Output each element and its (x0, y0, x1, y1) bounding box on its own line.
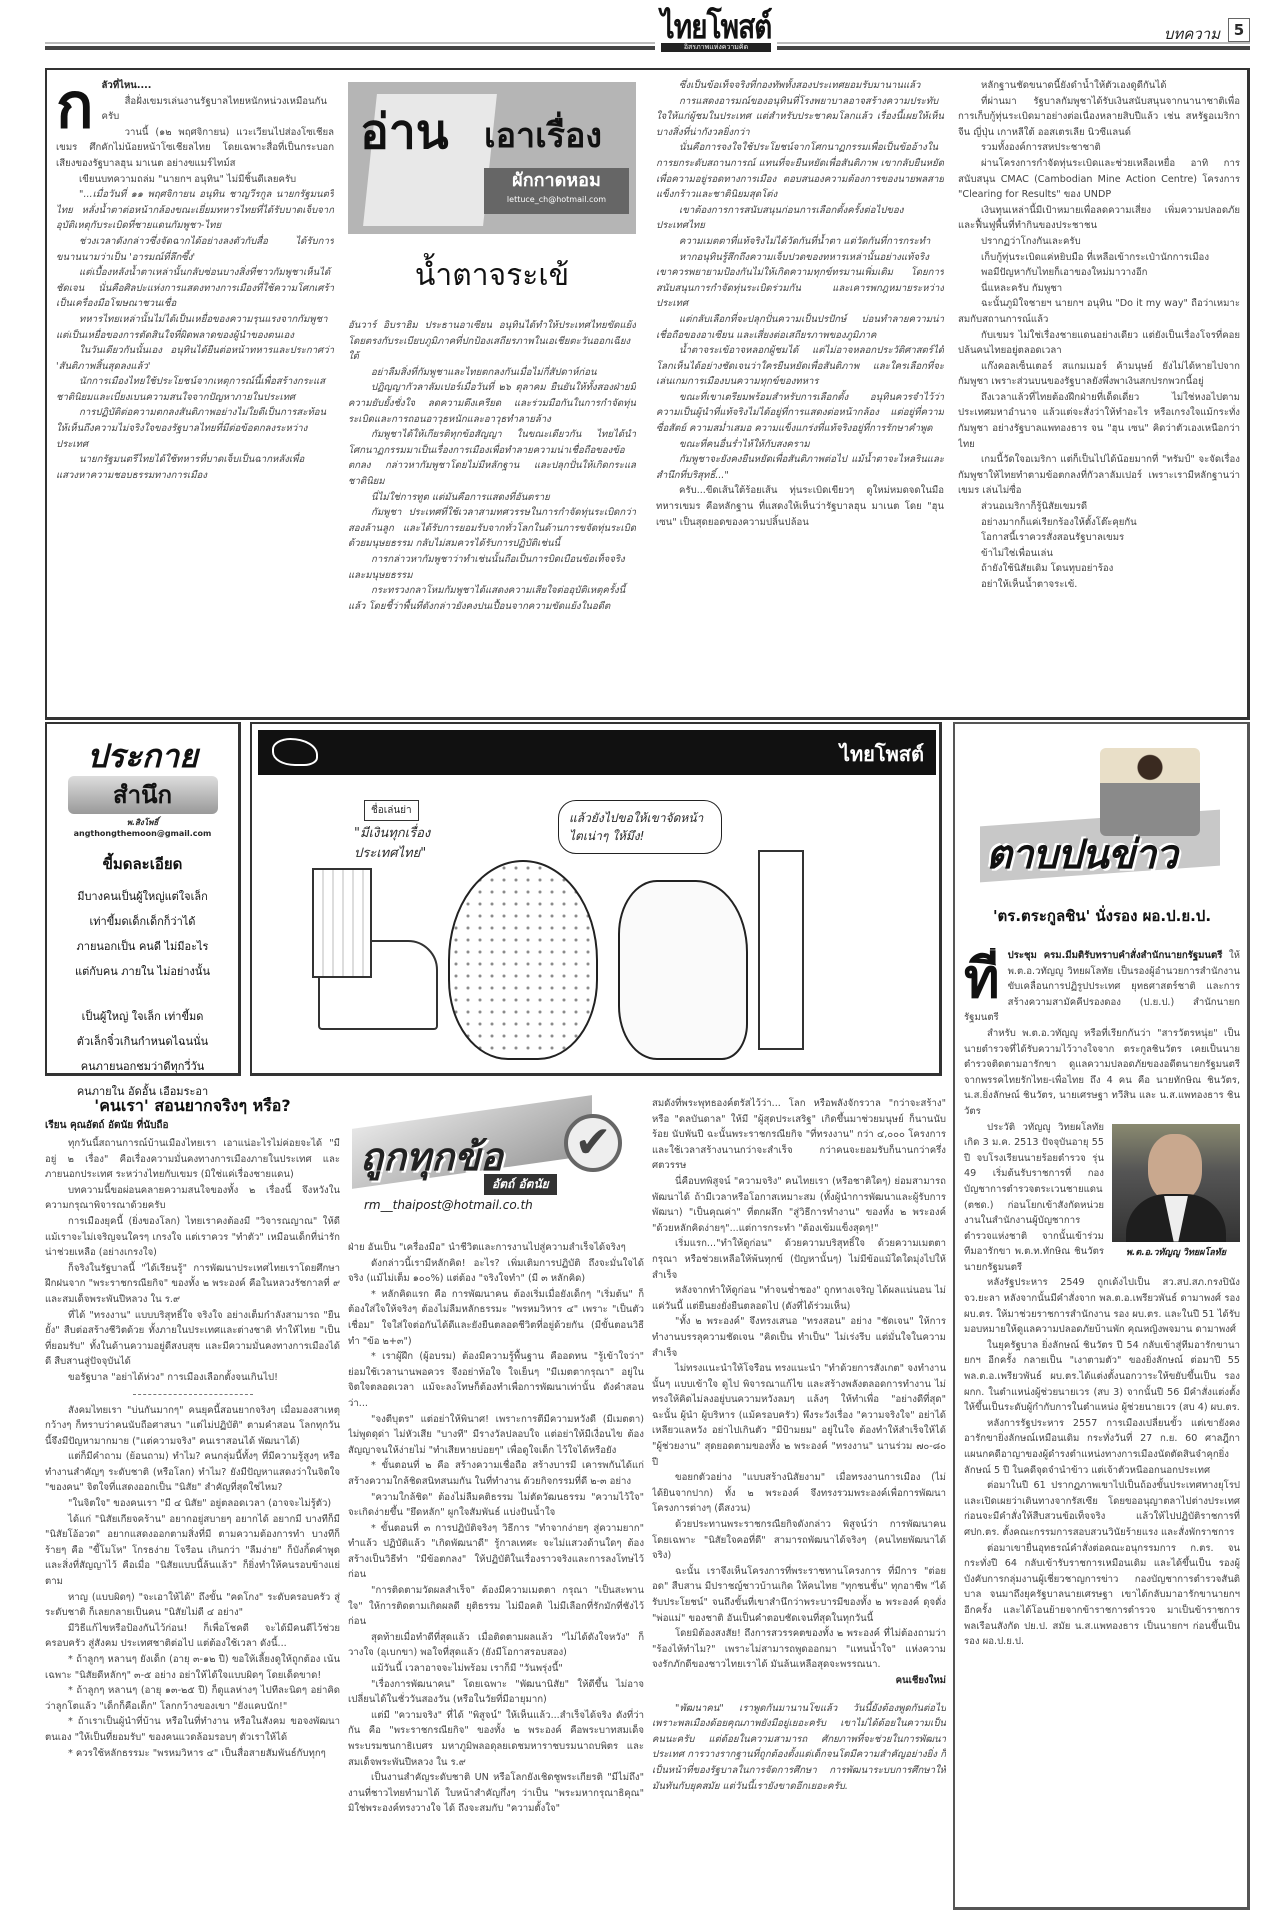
paragraph: นั่นคือการจงใจใช้ประโยชน์จากโศกนาฏกรรมเพ… (656, 140, 944, 202)
poem-heading: ขี้มดละเอียด (47, 852, 238, 876)
news-headline: 'ตร.ตระกูลชิน' นั่งรอง ผอ.ป.ย.ป. (964, 904, 1240, 928)
paragraph: กัมพูชา ประเทศที่ใช้เวลาสามทศวรรษในการกำ… (348, 505, 636, 552)
paragraph: หลักฐานชัดขนาดนี้ยังดำน้ำให้ตัวเองดูดีกั… (958, 78, 1240, 94)
paragraph: ขอยกตัวอย่าง "แบบสร้างนิสัยงาม" เมื่อทรง… (652, 1470, 946, 1517)
letter-salutation: เรียน คุณอัตถ์ อัตนัย ที่นับถือ (45, 1118, 168, 1133)
author-email: lettuce_ch@hotmail.com (484, 194, 629, 206)
closing-paragraph: "พัฒนาคน" เราพูดกันมานานโขแล้ว วันนี้ยัง… (652, 1701, 946, 1795)
news-banner-title: ตาบปนข่าว (986, 822, 1177, 886)
paragraph: แต่ก็มีคำถาม (ย้อนถาม) ทำไม? คนกลุ่มนี้ท… (45, 1449, 340, 1496)
lead-text: ลัวที่ไหน.... (56, 78, 334, 94)
paragraph: หาญ (แบบผิดๆ) "จะเอาให้ได้" ถึงขั้น "คดโ… (45, 1590, 340, 1621)
qa-banner: ถูกทุกข้อ ✔ อัตถ์ อัตนัย rm__thaipost@ho… (348, 1092, 644, 1222)
banner-title-small: เอาเรื่อง (484, 116, 602, 156)
paragraph: ปรากฏว่าโกงกันเละครับ (958, 234, 1240, 250)
paragraph: เขียนบทความถล่ม "นายกฯ อนุทิน" ไม่มีชิ้น… (56, 172, 334, 188)
woman-character-drawing (448, 860, 598, 1060)
door-drawing (758, 850, 804, 1050)
paragraph: การปฏิบัติต่อความตกลงสันติภาพอย่างไม่ใยด… (56, 405, 334, 452)
paragraph: ด้วยประทานพระราชกรณียกิจดังกล่าว พิสูจน์… (652, 1517, 946, 1564)
paragraph: ทุกวันนี้สถานการณ์บ้านเมืองไทยเรา เอาแน่… (45, 1136, 340, 1183)
paragraph: ให้ พ.ต.อ.วทัญญู วิทยผโลทัย เป็นรองผู้อำ… (964, 950, 1240, 1023)
paragraph: หลังการรัฐประหาร 2557 การเมืองเปลี่ยนขั้… (964, 1416, 1240, 1478)
poem-email: angthongthemoon@gmail.com (47, 829, 238, 838)
paragraph: อย่างมากก็แค่เรียกร้องให้ตั้งโต๊ะคุยกัน (958, 515, 1240, 531)
paragraph: แต่มี "ความจริง" ที่ได้ "พิสูจน์" ให้เห็… (348, 1708, 644, 1770)
paragraph: ในวันเดียวกันนั้นเอง อนุทินได้ยืนต่อหน้า… (56, 343, 334, 374)
paragraph: การเมืองยุคนี้ (ยิ่งของโลก) ไทยเราคงต้อง… (45, 1214, 340, 1261)
paragraph: สุดท้ายเมื่อทำดีที่สุดแล้ว เมื่อติดตามผล… (348, 1630, 644, 1661)
paragraph: รวมทั้งองค์การสหประชาชาติ (958, 140, 1240, 156)
cartoon-sign: ชื่อเล่นย่า (364, 800, 419, 821)
poem-line: มีบางคนเป็นผู้ใหญ่แต่ใจเล็ก (47, 884, 238, 909)
qa-email: rm__thaipost@hotmail.co.th (364, 1198, 533, 1212)
cartoon-illustration: ชื่อเล่นย่า "มีเงินทุกเรื่อง ประเทศไทย" … (258, 780, 936, 1070)
header-rule (45, 46, 1250, 50)
paragraph: ขณะที่คนอื่นร่ำไห้ให้กับสงคราม (656, 437, 944, 453)
paragraph: * ขั้นตอนที่ ๒ คือ สร้างความเชื่อถือ สร้… (348, 1458, 644, 1489)
paragraph: สังคมไทยเรา "บ่นกันมากๆ" คนยุคนี้สอนยากจ… (45, 1403, 340, 1450)
paragraph: "ทั้ง ๒ พระองค์" จึงทรงเสนอ "ทรงสอน" อย่… (652, 1314, 946, 1361)
paragraph: เก็บกู้ทุ่นระเบิดแค่หยิบมือ ที่เหลือเข้า… (958, 250, 1240, 266)
paragraph: ส่วนอเมริกาก็รู้นิสัยเขมรดี (958, 499, 1240, 515)
paragraph: ซึ่งเป็นข้อเท็จจริงที่กองทัพทั้งสองประเท… (656, 78, 944, 94)
paragraph: "เรื่องการพัฒนาคน" โดยเฉพาะ "พัฒนานิสัย"… (348, 1677, 644, 1708)
paragraph: * หลักคิดแรก คือ การพัฒนาคน ต้องเริ่มเมื… (348, 1287, 644, 1349)
letter-signature: คนเชียงใหม่ (652, 1673, 946, 1689)
paragraph: * ควรใช้หลักธรรมะ "พรหมวิหาร ๔" เป็นสื่อ… (45, 1746, 340, 1762)
paragraph: ฉะนั้น เราจึงเห็นโครงการที่พระราชทานโครง… (652, 1564, 946, 1626)
paragraph: อย่าลืมสิ่งที่กัมพูชาและไทยตกลงกันเมื่อไ… (348, 365, 636, 381)
paragraph: แก๊งคอลเซ็นเตอร์ สแกมเมอร์ ค้ามนุษย์ ยัง… (958, 359, 1240, 390)
paragraph: สมดังที่พระพุทธองค์ตรัสไว้ว่า... โลก หรื… (652, 1096, 946, 1174)
paragraph: ในยุครัฐบาล ยิ่งลักษณ์ ชินวัตร ปี 54 กลั… (964, 1338, 1240, 1416)
paragraph: บทความนี้ขอผ่อนคลายความสนใจของทั้ง ๒ เรื… (45, 1183, 340, 1214)
banner-title-big: อ่าน (360, 102, 449, 162)
paragraph: เงินทุนเหล่านี้มีเป้าหมายเพื่อลดความเสี่… (958, 203, 1240, 234)
scroll-banner: สำนึก (68, 776, 218, 814)
news-intro: ประชุม ครม.มีมติรับทราบคำสั่งสำนักนายกรั… (1008, 950, 1223, 961)
paragraph: ถึงเวลาแล้วที่ไทยต้องฝึกฝ่ายที่เด็ดเดี่ย… (958, 390, 1240, 452)
paragraph: ไม่ทรงแนะนำให้โจรือน ทรงแนะนำ "ทำด้วยการ… (652, 1361, 946, 1470)
paragraph: กระทรวงกลาโหมกัมพูชาได้แสดงความเสียใจต่อ… (348, 583, 636, 614)
poem-line: คนภายนอกชมว่าดีทุกวี่วัน (47, 1054, 238, 1079)
paragraph: โดยมิต้องสงสัย! ถึงการสวรรคตของทั้ง ๒ พร… (652, 1626, 946, 1673)
paragraph: เกมนี้วัดใจอเมริกา แต่ก็เป็นไปได้น้อยมาก… (958, 452, 1240, 499)
paragraph: หลังจากทำให้ดูก่อน "ทำจนช่ำชอง" ถูกทางเจ… (652, 1283, 946, 1314)
paragraph: เริ่มแรก..."ทำให้ดูก่อน" ด้วยความบริสุทธ… (652, 1236, 946, 1283)
paragraph: การแสดงอารมณ์ของอนุทินที่โรงพยาบาลอาจสร้… (656, 94, 944, 141)
column-banner: อ่าน เอาเรื่อง ผักกาดหอม lettuce_ch@hotm… (348, 82, 636, 234)
paragraph: นายกรัฐมนตรีไทยได้ใช้ทหารที่บาดเจ็บเป็นฉ… (56, 452, 334, 483)
column-2: น้ำตาจระเข้ อันวาร์ อิบราฮิม ประธานอาเซี… (348, 248, 636, 710)
page-number: 5 (1228, 18, 1250, 42)
paragraph: ขณะที่เขาเตรียมพร้อมสำหรับการเลือกตั้ง อ… (656, 390, 944, 437)
section-divider (133, 1394, 253, 1395)
paragraph: "จงตีบุตร" แต่อย่าให้พินาศ! เพราะการตีมี… (348, 1412, 644, 1459)
paragraph: ที่ผ่านมา รัฐบาลกัมพูชาได้รับเงินสนับสนุ… (958, 94, 1240, 141)
cartoon-header-bar: ไทยโพสต์ (258, 730, 936, 775)
poem-subtitle: สำนึก (68, 776, 218, 814)
paragraph: "ในจิตใจ" ของคนเรา "มี ๔ นิสัย" อยู่ตลอด… (45, 1496, 340, 1512)
paragraph: อย่าให้เห็นน้ำตาจระเข้. (958, 577, 1240, 593)
paragraph: ดังกล่าวนี้เรามีหลักคิด! อะไร? เพิ่มเติม… (348, 1256, 644, 1287)
paragraph: ฝ่าย อันเป็น "เครื่องมือ" นำชีวิตและการง… (348, 1240, 644, 1256)
paragraph: นี่คือบทพิสูจน์ "ความจริง" คนไทยเรา (หรื… (652, 1174, 946, 1236)
paragraph: การกล่าวหากัมพูชาว่าทำเช่นนั้นถือเป็นการ… (348, 552, 636, 583)
cartoon-caption: "มีเงินทุกเรื่อง ประเทศไทย" (354, 824, 474, 864)
letter-column-3: สมดังที่พระพุทธองค์ตรัสไว้ว่า... โลก หรื… (652, 1096, 946, 1916)
paragraph: โอกาสนี้เราควรสั่งสอนรัฐบาลเขมร (958, 530, 1240, 546)
check-icon: ✔ (564, 1114, 622, 1172)
paragraph: แต่เบื้องหลังน้ำตาเหล่านั้นกลับซ่อนบางสิ… (56, 265, 334, 312)
cartoon-brand: ไทยโพสต์ (840, 738, 924, 770)
poem-line: ตัวเล็กจิ๋วเกินกำหนดไฉนนั่น (47, 1029, 238, 1054)
news-body: ที่ ประชุม ครม.มีมติรับทราบคำสั่งสำนักนา… (964, 948, 1240, 1904)
paragraph: นี่ไม่ใช่การทูต แต่มันคือการแสดงที่อันตร… (348, 490, 636, 506)
paragraph: * ถ้าเราเป็นผู้นำที่บ้าน หรือในที่ทำงาน … (45, 1714, 340, 1745)
paragraph: ได้แก่ "นิสัยเกียจคร้าน" อยากอยู่สบายๆ อ… (45, 1512, 340, 1590)
paragraph: นักการเมืองไทยใช้ประโยชน์จากเหตุการณ์นี้… (56, 374, 334, 405)
header-rule-light (45, 42, 1250, 44)
person-photo (1112, 1124, 1240, 1242)
poem-line: เป็นผู้ใหญ่ ใจเล็ก เท่าขี้มด (47, 1004, 238, 1029)
newspaper-logo: ไทยโพสต์ อิสรภาพแห่งความคิด (655, 12, 777, 56)
poem-box: ประกาย สำนึก พ.สิงโพธิ์ angthongthemoon@… (45, 722, 241, 1076)
paragraph: * เราผู้ฝึก (ผู้อบรม) ต้องมีความรู้พื้นฐ… (348, 1349, 644, 1411)
paragraph: ครับ...ขีดเส้นใต้ร้อยเส้น ทุ่นระเบิดเขีย… (656, 483, 944, 530)
cartoonist-mascot-icon (272, 738, 318, 766)
news-drop-cap: ที่ (964, 948, 1000, 1010)
letter-column-1: ทุกวันนี้สถานการณ์บ้านเมืองไทยเรา เอาแน่… (45, 1136, 340, 1916)
paragraph: แต่กลับเลือกที่จะปลุกปั่นความเป็นปรปักษ์… (656, 312, 944, 343)
poem-author: พ.สิงโพธิ์ (47, 816, 238, 829)
paragraph: เป็นงานสำคัญระดับชาติ UN หรือโลกยังเชิดช… (348, 1770, 644, 1817)
paragraph: * ถ้าลูกๆ หลานๆ (อายุ ๑๓-๒๕ ปี) ก็ดูแลห่… (45, 1683, 340, 1714)
author-strip: ผักกาดหอม lettuce_ch@hotmail.com (484, 168, 629, 214)
masthead: ไทยโพสต์ อิสรภาพแห่งความคิด บทความ 5 (45, 0, 1250, 56)
paragraph: พอมีปัญหากับไทยก็เอาของใหม่มาวางอีก (958, 265, 1240, 281)
column-1: ก ลัวที่ไหน.... สื่อฝั่งเขมรเล่นงานรัฐบา… (56, 78, 334, 710)
letter-column-2: ฝ่าย อันเป็น "เครื่องมือ" นำชีวิตและการง… (348, 1240, 644, 1916)
paragraph: ความเมตตาที่แท้จริงไม่ได้วัดกันที่น้ำตา … (656, 234, 944, 250)
face (1148, 1134, 1202, 1202)
paragraph: ที่ได้ "ทรงงาน" แบบบริสุทธิ์ใจ จริงใจ อย… (45, 1308, 340, 1370)
poem-stanza-1: มีบางคนเป็นผู้ใหญ่แต่ใจเล็ก เท่าขี้มดเด็… (47, 884, 238, 984)
paragraph: "การติดตามวัดผลสำเร็จ" ต้องมีความเมตตา ก… (348, 1583, 644, 1630)
paragraph: ข้าไม่ใช่เพื่อนเล่น (958, 546, 1240, 562)
paragraph: อันวาร์ อิบราฮิม ประธานอาเซียน อนุทินได้… (348, 318, 636, 365)
paragraph: มีวิธีแก้ไขหรือป้องกันไว้ก่อน! ก็เพื่อโช… (45, 1621, 340, 1652)
paragraph: ถ้ายังใช้นิสัยเดิม โดนทุบอย่าร้อง (958, 561, 1240, 577)
column-3: ซึ่งเป็นข้อเท็จจริงที่กองทัพทั้งสองประเท… (656, 78, 944, 710)
speech-bubble: แล้วยังไปขอให้เขาจัดหน้าไตเน่าๆ ให้มึง! (558, 800, 722, 854)
article-headline: น้ำตาจระเข้ (348, 248, 636, 304)
paragraph: แม้วันนี้ เวลาอาจจะไม่พร้อม เราก็มี "วัน… (348, 1661, 644, 1677)
paragraph: สำหรับ พ.ต.อ.วทัญญู หรือที่เรียกกันว่า "… (964, 1026, 1240, 1120)
author-name: ผักกาดหอม (484, 168, 629, 194)
section-label: บทความ (1164, 22, 1220, 46)
poem-line: แต่กับคน ภายใน ไม่อย่างนั้น (47, 959, 238, 984)
letter-headline: 'คนเรา' สอนยากจริงๆ หรือ? (45, 1094, 340, 1119)
photo-caption: พ.ต.อ.วทัญญู วิทยผโลทัย (1112, 1246, 1240, 1262)
paragraph: น้ำตาจระเข้อาจหลอกผู้ชมได้ แต่ไม่อาจหลอก… (656, 343, 944, 390)
paragraph: ต่อมาในปี 61 ปรากฏภาพเขาไปเป็นถ้องขั้นปร… (964, 1478, 1240, 1540)
paragraph: * ขั้นตอนที่ ๓ การปฏิบัติจริงๆ วิธีการ "… (348, 1521, 644, 1583)
poem-line: ภายนอกเป็น คนดี ไม่มีอะไร (47, 934, 238, 959)
poem-line: เท่าขี้มดเด็กเด็กก็ว่าได้ (47, 909, 238, 934)
paragraph: ก็จริงในรัฐบาลนี้ "ได้เรียนรู้" การพัฒนา… (45, 1261, 340, 1308)
paragraph: นี่แหละครับ กัมพูชา (958, 281, 1240, 297)
paragraph: หลังรัฐประหาร 2549 ถูกเด้งไปเป็น สว.สป.ส… (964, 1275, 1240, 1337)
curtain-window-drawing (312, 868, 372, 978)
news-banner: ตาบปนข่าว (970, 738, 1232, 898)
paragraph: กัมพูชาได้ให้เกียรติทุกข้อสัญญา ในขณะเดี… (348, 427, 636, 489)
paragraph: ฉะนั้นภูมิใจชายฯ นายกฯ อนุทิน "Do it my … (958, 296, 1240, 327)
paragraph: ขอรัฐบาล "อย่าได้ห่วง" การเมืองเลือกตั้ง… (45, 1370, 340, 1386)
qa-title: ถูกทุกข้อ (360, 1126, 503, 1187)
paragraph: กัมพูชาจะยังคงยืนหยัดเพื่อสันติภาพต่อไป … (656, 452, 944, 483)
paragraph: ทหารไทยเหล่านั้นไม่ได้เป็นเหยื่อของความร… (56, 312, 334, 343)
drop-cap: ก (56, 78, 94, 134)
poem-title-script: ประกาย (47, 738, 238, 774)
paragraph: วานนี้ (๑๒ พฤศจิกายน) แวะเวียนไปส่องโซเช… (56, 125, 334, 172)
paragraph: ปฏิญญากัวลาลัมเปอร์เมื่อวันที่ ๒๖ ตุลาคม… (348, 380, 636, 427)
column-4: หลักฐานชัดขนาดนี้ยังดำน้ำให้ตัวเองดูดีกั… (958, 78, 1240, 710)
paragraph: หากอนุทินรู้สึกถึงความเจ็บปวดของทหารเหล่… (656, 250, 944, 312)
paragraph: ต่อมาเขายื่นอุทธรณ์คำสั่งต่อคณะอนุกรรมกา… (964, 1541, 1240, 1650)
logo-name: ไทยโพสต์ (655, 9, 777, 45)
paragraph: * ถ้าลูกๆ หลานๆ ยังเด็ก (อายุ ๓-๑๒ ปี) ข… (45, 1652, 340, 1683)
paragraph: เขาต้องการการสนับสนุนก่อนการเลือกตั้งครั… (656, 203, 944, 234)
paragraph: ผ่านโครงการกำจัดทุ่นระเบิดและช่วยเหลือเห… (958, 156, 1240, 203)
paragraph: "ความใกล้ชิด" ต้องไม่ลืมคติธรรม ไม่ตัดวั… (348, 1490, 644, 1521)
paragraph: กับเขมร ไม่ใช่เรื่องชายแดนอย่างเดียว แต่… (958, 328, 1240, 359)
paragraph: "...เมื่อวันที่ ๑๑ พฤศจิกายน อนุทิน ชาญว… (56, 187, 334, 234)
paragraph: สื่อฝั่งเขมรเล่นงานรัฐบาลไทยหนักหน่วงเหม… (56, 94, 334, 125)
paragraph: ช่วงเวลาดังกล่าวซึ่งจัดฉากได้อย่างลงตัวก… (56, 234, 334, 265)
man-character-drawing (618, 880, 748, 1060)
qa-author: อัตถ์ อัตนัย (484, 1174, 557, 1195)
poem-stanza-2: เป็นผู้ใหญ่ ใจเล็ก เท่าขี้มด ตัวเล็กจิ๋ว… (47, 1004, 238, 1104)
person-photo-block: พ.ต.อ.วทัญญู วิทยผโลทัย (1112, 1124, 1240, 1262)
